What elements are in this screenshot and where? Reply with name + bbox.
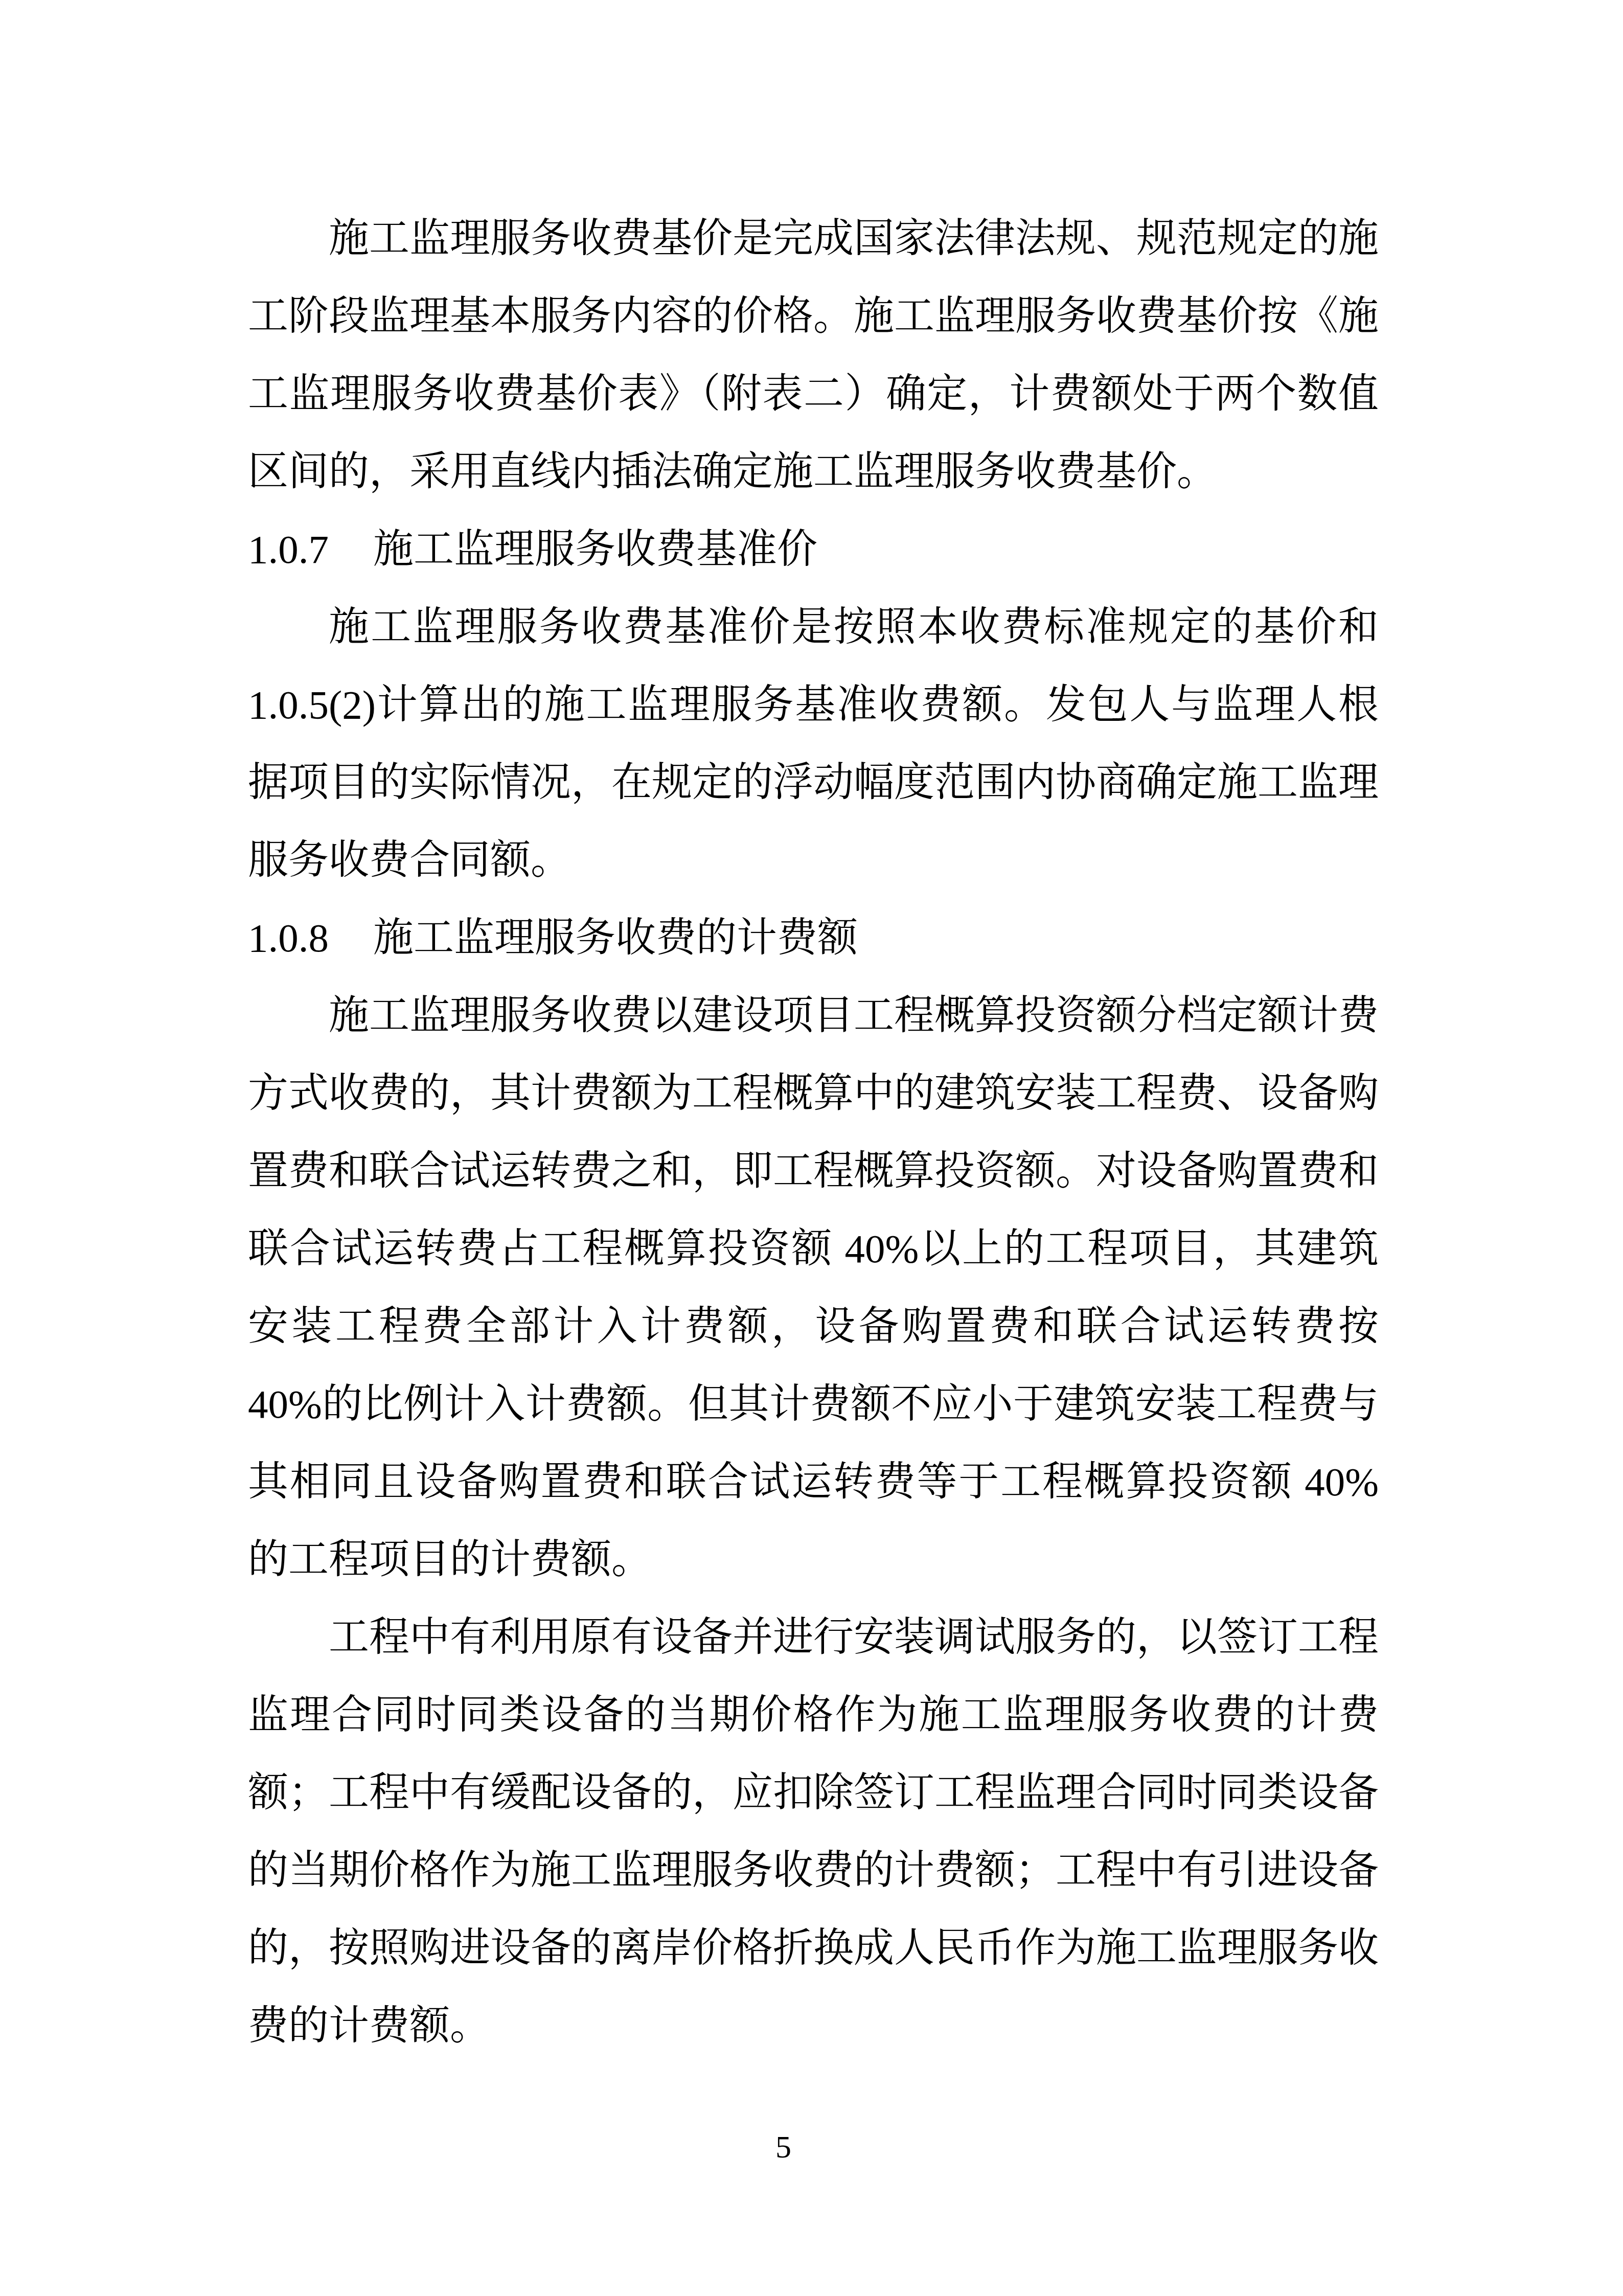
page-number: 5: [775, 2130, 791, 2165]
page-footer: 5: [0, 2127, 1567, 2168]
paragraph-benchmark-price: 施工监理服务收费基准价是按照本收费标准规定的基价和1.0.5(2)计算出的施工监…: [248, 589, 1379, 900]
paragraph-equipment-provisions: 工程中有利用原有设备并进行安装调试服务的，以签订工程监理合同时同类设备的当期价格…: [248, 1599, 1379, 2065]
heading-number: 1.0.8: [248, 900, 329, 977]
heading-1-0-7: 1.0.7施工监理服务收费基准价: [248, 511, 1379, 589]
heading-title: 施工监理服务收费的计费额: [373, 916, 858, 961]
heading-title: 施工监理服务收费基准价: [373, 528, 817, 572]
document-page: 施工监理服务收费基价是完成国家法律法规、规范规定的施工阶段监理基本服务内容的价格…: [0, 0, 1623, 2296]
paragraph-fee-base-price: 施工监理服务收费基价是完成国家法律法规、规范规定的施工阶段监理基本服务内容的价格…: [248, 200, 1379, 511]
heading-number: 1.0.7: [248, 511, 329, 589]
text-block: 施工监理服务收费基价是完成国家法律法规、规范规定的施工阶段监理基本服务内容的价格…: [248, 200, 1379, 2065]
heading-1-0-8: 1.0.8施工监理服务收费的计费额: [248, 900, 1379, 977]
paragraph-fee-calculation-amount: 施工监理服务收费以建设项目工程概算投资额分档定额计费方式收费的，其计费额为工程概…: [248, 977, 1379, 1599]
